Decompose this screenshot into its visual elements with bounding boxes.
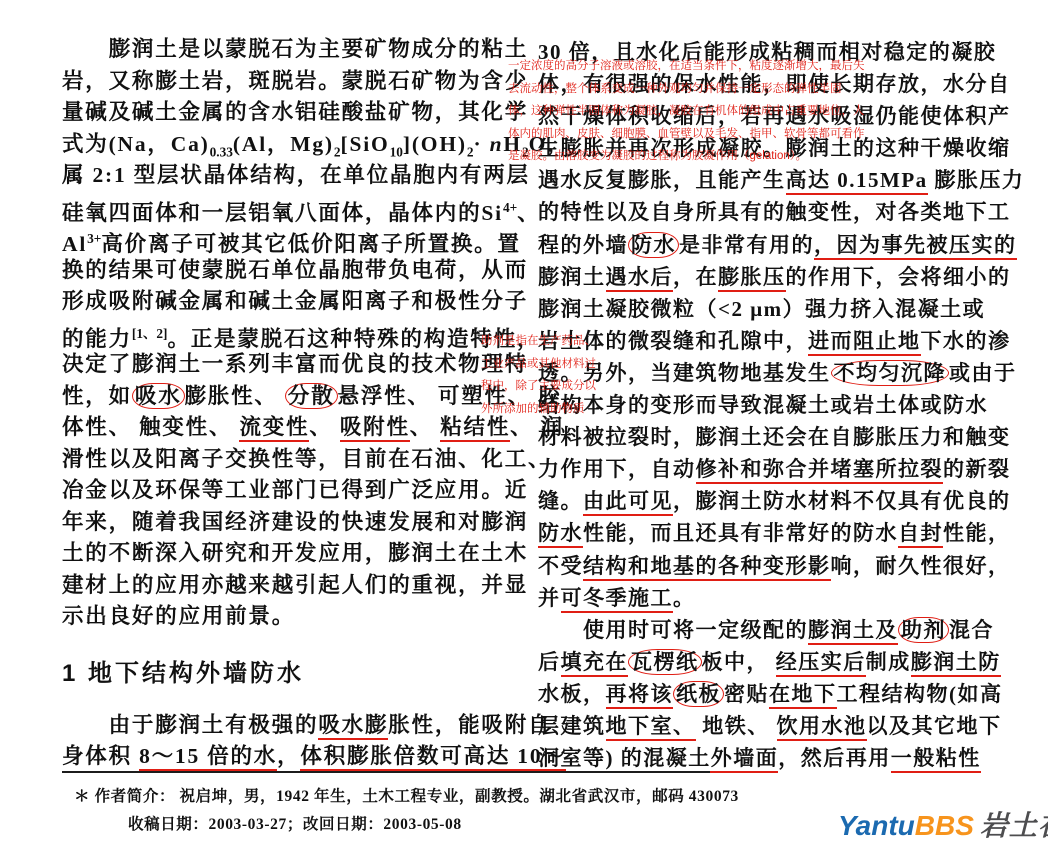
annotation-line: 工业产品或其他材料过 — [481, 353, 596, 376]
text-line: 结构本身的变形而导致混凝土或岩土体或防水 — [538, 389, 1014, 421]
text-segment: 吸水 — [132, 383, 185, 409]
text-segment: 建材上的应用亦越来越引起人们的重视，并显 — [62, 573, 528, 597]
text-line: 由于膨润土有极强的吸水膨胀性，能吸附自 — [62, 710, 534, 742]
text-segment: 修补和弥合并堵塞所拉裂 — [696, 457, 944, 484]
text-segment: 地下室、 — [606, 714, 696, 741]
text-segment: 遇水后 — [606, 265, 674, 292]
text-line: 遇水反复膨胀，且能产生高达 0.15MPa 膨胀压力 — [538, 164, 1014, 196]
text-segment: 力作用下，自动 — [538, 457, 696, 481]
text-segment: 体性、 触变性、 — [62, 415, 239, 439]
text-segment: 下水的渗 — [921, 329, 1011, 353]
text-segment: 膨润土 — [538, 265, 606, 289]
text-line: 膨润土凝胶微粒（<2 μm）强力挤入混凝土或 — [538, 293, 1014, 325]
text-segment: 自封 — [898, 521, 943, 548]
text-segment: 混凝土外墙面 — [643, 746, 778, 773]
text-segment: 示出良好的应用前景。 — [62, 604, 295, 628]
additive-definition-annotation: 助剂是指在生产药品、工业产品或其他材料过程中，除了主要成分以外所添加的辅助物质 — [481, 330, 596, 420]
dates-footnote: 收稿日期：2003-03-27；改回日期：2003-05-08 — [128, 812, 462, 834]
text-segment: 并 — [538, 586, 561, 610]
text-segment: 再将该 — [606, 682, 674, 709]
footnote-rule — [62, 771, 710, 773]
text-segment: 饮用水池 — [777, 714, 867, 741]
text-segment: 洞室等) 的 — [538, 746, 643, 770]
text-segment: 换的结果可使蒙脱石单位晶胞带负电荷，从而 — [62, 258, 528, 282]
annotation-line: 体，这种弹性半固体称为凝胶，凝胶在有机体的组成中占重要地位，人 — [508, 100, 865, 123]
text-line: 缝。由此可见，膨润土防水材料不仅具有优良的 — [538, 485, 1014, 517]
text-segment: 由此可见 — [583, 489, 673, 516]
text-segment: 的作用下，会将细小的 — [786, 265, 1011, 289]
text-segment: 防水 — [628, 232, 679, 258]
text-segment: 或由于 — [949, 361, 1017, 385]
text-segment: 吸附性 — [340, 415, 410, 442]
yantubbs-logo: YantuBBS岩土在线 — [838, 804, 1048, 844]
text-segment: 在地下 — [769, 682, 837, 709]
text-segment: 结构本身的变形而导致混凝土或岩土体或防水 — [538, 393, 988, 417]
text-segment: 膨胀压 — [718, 265, 786, 292]
text-segment: [1、2] — [132, 326, 168, 341]
text-segment: 硅氧四面体和一层铝氧八面体，晶体内的Si — [62, 201, 503, 225]
text-segment: 的能力 — [62, 327, 132, 351]
text-line: 岩土体的微裂缝和孔隙中，进而阻止地下水的渗 — [538, 325, 1014, 357]
text-segment: 填充在 — [561, 650, 629, 677]
text-line: 式为(Na，Ca)0.33(Al，Mg)2[SiO10](OH)2· nH2O， — [62, 129, 534, 161]
left-paragraph-2: 由于膨润土有极强的吸水膨胀性，能吸附自身体积 8～15 倍的水，体积膨胀倍数可高… — [62, 710, 534, 773]
annotation-line: 程中，除了主要成分以 — [481, 375, 596, 398]
text-segment: 进而阻止地 — [808, 329, 921, 356]
text-line: 属 2:1 型层状晶体结构，在单位晶胞内有两层 — [62, 160, 534, 192]
text-segment: 缝。 — [538, 489, 583, 513]
text-segment: ，因为事先被压实的 — [814, 233, 1017, 260]
logo-chinese-text: 岩土在线 — [980, 810, 1048, 841]
text-segment: 性能， — [943, 521, 1011, 545]
text-line: 形成吸附碱金属和碱土金属阳离子和极性分子 — [62, 286, 534, 318]
text-segment: 流变性 — [239, 415, 309, 442]
text-segment: ， — [277, 744, 300, 768]
text-line: 决定了膨润土一系列丰富而优良的技术物理特 — [62, 349, 534, 381]
text-segment: 膨润土防 — [911, 650, 1001, 677]
text-line: 建材上的应用亦越来越引起人们的重视，并显 — [62, 570, 534, 602]
text-line: 岩，又称膨土岩，斑脱岩。蒙脱石矿物为含少 — [62, 66, 534, 98]
annotation-line: 体内的肌肉、皮肤、细胞膜、血管壁以及毛发、指甲、软骨等都可看作 — [508, 123, 865, 146]
text-segment: 决定了膨润土一系列丰富而优良的技术物理特 — [62, 352, 528, 376]
text-segment: 。 — [673, 586, 696, 610]
annotation-line: 外所添加的辅助物质 — [481, 398, 596, 421]
gel-definition-annotation: 一定浓度的高分子溶液或溶胶，在适当条件下，粘度逐渐增大，最后失去流动性，整个体系… — [508, 55, 865, 168]
annotation-line: 是凝胶。由溶胶变为凝胶的过程称为胶凝作用（gelation）。 — [508, 145, 865, 168]
text-segment: 高价离子可被其它低价阳离子所置换。置 — [101, 232, 520, 256]
text-line: 滑性以及阳离子交换性等，目前在石油、化工、 — [62, 444, 534, 476]
text-line: 膨润土遇水后，在膨胀压的作用下，会将细小的 — [538, 261, 1014, 293]
text-segment: 性能，而且还具有非常好的防水 — [583, 521, 898, 545]
text-segment: 膨润土凝胶微粒（<2 μm）强力挤入混凝土或 — [538, 297, 985, 321]
text-line: 并可冬季施工。 — [538, 582, 1014, 614]
text-segment: ，膨润土防水材料不仅具有优良的 — [673, 489, 1011, 513]
text-segment: 结构和地基的各种变形影 — [583, 554, 831, 581]
text-segment: 岩，又称膨土岩，斑脱岩。蒙脱石矿物为含少 — [62, 69, 528, 93]
text-segment: 响，耐久性很好， — [831, 554, 1011, 578]
text-segment: 的特性以及自身所具有的触变性，对各类地下工 — [538, 200, 1011, 224]
text-line: 不受结构和地基的各种变形影响，耐久性很好， — [538, 550, 1014, 582]
text-segment: 一般粘性 — [891, 746, 981, 773]
text-segment: 工程结构物(如高 — [837, 682, 1003, 706]
text-segment: 层建筑 — [538, 714, 606, 738]
text-line: 力作用下，自动修补和弥合并堵塞所拉裂的新裂 — [538, 453, 1014, 485]
text-segment: 瓦楞纸 — [628, 649, 702, 675]
text-segment: 由于膨润土有极强的 — [62, 713, 318, 737]
text-segment: 滑性以及阳离子交换性等，目前在石油、化工、 — [62, 447, 551, 471]
text-segment: ](OH) — [403, 132, 467, 156]
text-segment: 分散 — [285, 383, 338, 409]
text-line: 的特性以及自身所具有的触变性，对各类地下工 — [538, 196, 1014, 228]
text-line: 示出良好的应用前景。 — [62, 601, 534, 633]
text-segment: 膨胀压力 — [928, 168, 1025, 192]
text-segment: 3+ — [87, 231, 101, 246]
text-segment: 程的外墙 — [538, 233, 628, 257]
text-segment: 不受 — [538, 554, 583, 578]
text-line: Al3+高价离子可被其它低价阳离子所置换。置 — [62, 223, 534, 255]
text-line: 层建筑地下室、 地铁、 饮用水池以及其它地下 — [538, 710, 1014, 742]
text-segment: 性，如 — [62, 384, 132, 408]
text-segment: 可冬季施工 — [561, 586, 674, 613]
text-segment: 材料被拉裂时，膨润土还会在自膨胀压力和触变 — [538, 425, 1011, 449]
text-line: 换的结果可使蒙脱石单位晶胞带负电荷，从而 — [62, 255, 534, 287]
text-segment: 高达 0.15MPa — [786, 168, 928, 195]
text-segment: 纸板 — [673, 681, 724, 707]
text-segment: 冶金以及环保等工业部门已得到广泛应用。近 — [62, 478, 528, 502]
text-line: 透。另外，当建筑物地基发生不均匀沉降或由于 — [538, 357, 1014, 389]
text-segment: 10 — [390, 144, 403, 159]
text-segment: 胀性，能吸附自 — [388, 713, 551, 737]
text-segment: 4+ — [503, 200, 517, 215]
text-segment: 制成 — [866, 650, 911, 674]
document-page: 膨润土是以蒙脱石为主要矿物成分的粘土岩，又称膨土岩，斑脱岩。蒙脱石矿物为含少量碱… — [0, 0, 1048, 856]
text-segment: 以及其它地下 — [867, 714, 1002, 738]
text-segment: 板中， — [702, 650, 776, 674]
text-segment: 、 — [410, 415, 440, 439]
text-line: 年来，随着我国经济建设的快速发展和对膨润 — [62, 507, 534, 539]
section-heading: 1 地下结构外墙防水 — [62, 653, 534, 688]
text-line: 量碱及碱土金属的含水铝硅酸盐矿物，其化学 — [62, 97, 534, 129]
text-segment: 年来，随着我国经济建设的快速发展和对膨润 — [62, 510, 528, 534]
text-segment: 体积膨胀倍数可高达 10～ — [300, 744, 565, 771]
text-segment: 后 — [538, 650, 561, 674]
text-segment: 2 — [467, 144, 474, 159]
logo-bbs-text: BBS — [915, 810, 974, 841]
text-segment: 经压实后 — [776, 650, 866, 677]
text-segment: 、 — [309, 415, 339, 439]
text-segment: 水板， — [538, 682, 606, 706]
left-paragraph-block: 膨润土是以蒙脱石为主要矿物成分的粘土岩，又称膨土岩，斑脱岩。蒙脱石矿物为含少量碱… — [62, 34, 534, 633]
annotation-line: 助剂是指在生产药品、 — [481, 330, 596, 353]
text-segment: 8～15 倍的水 — [139, 744, 277, 771]
text-segment: 吸水膨 — [318, 713, 388, 740]
text-segment: 形成吸附碱金属和碱土金属阳离子和极性分子 — [62, 289, 528, 313]
text-line: 冶金以及环保等工业部门已得到广泛应用。近 — [62, 475, 534, 507]
text-segment: ，然后再用 — [778, 746, 891, 770]
text-segment: (Al，Mg) — [233, 132, 334, 156]
author-footnote: ＊ 作者简介： 祝启坤，男，1942 年生，土木工程专业，副教授。湖北省武汉市，… — [74, 784, 739, 806]
text-segment: 使用时可将一定级配的 — [538, 618, 808, 642]
text-line: 膨润土是以蒙脱石为主要矿物成分的粘土 — [62, 34, 534, 66]
left-column: 膨润土是以蒙脱石为主要矿物成分的粘土岩，又称膨土岩，斑脱岩。蒙脱石矿物为含少量碱… — [62, 34, 534, 773]
text-segment: · — [474, 132, 490, 156]
text-line: 的能力[1、2]。正是蒙脱石这种特殊的构造特性， — [62, 318, 534, 350]
text-segment: [SiO — [341, 132, 390, 156]
text-segment: 是非常有用的 — [679, 233, 814, 257]
text-line: 后填充在瓦楞纸板中， 经压实后制成膨润土防 — [538, 646, 1014, 678]
annotation-line: 一定浓度的高分子溶液或溶胶，在适当条件下，粘度逐渐增大，最后失 — [508, 55, 865, 78]
text-segment: 0.33 — [210, 144, 233, 159]
text-line: 身体积 8～15 倍的水，体积膨胀倍数可高达 10～ — [62, 741, 534, 773]
text-segment: 身体积 — [62, 744, 139, 768]
text-segment: Al — [62, 232, 87, 256]
text-segment: ，在 — [673, 265, 718, 289]
text-segment: 遇水反复膨胀，且能产生 — [538, 168, 786, 192]
text-line: 使用时可将一定级配的膨润土及助剂混合 — [538, 614, 1014, 646]
text-segment: 量碱及碱土金属的含水铝硅酸盐矿物，其化学 — [62, 100, 528, 124]
text-segment: 式为(Na，Ca) — [62, 132, 210, 156]
annotation-line: 去流动性，整个体系变成一种外观均匀并保持一定形态的弹性半固 — [508, 78, 865, 101]
text-segment: 混合 — [949, 618, 994, 642]
text-line: 洞室等) 的混凝土外墙面，然后再用一般粘性 — [538, 742, 1014, 774]
text-line: 硅氧四面体和一层铝氧八面体，晶体内的Si4+、 — [62, 192, 534, 224]
text-segment: 膨润土是以蒙脱石为主要矿物成分的粘土 — [62, 37, 528, 61]
text-segment: 助剂 — [898, 617, 949, 643]
text-line: 体性、 触变性、 流变性、 吸附性、 粘结性、 润 — [62, 412, 534, 444]
text-segment: 2 — [334, 144, 341, 159]
logo-yantu-text: Yantu — [838, 810, 915, 841]
text-segment: 密贴 — [724, 682, 769, 706]
text-segment: 膨润土及 — [808, 618, 898, 645]
text-segment: 不均匀沉降 — [831, 360, 950, 386]
text-line: 材料被拉裂时，膨润土还会在自膨胀压力和触变 — [538, 421, 1014, 453]
text-segment: 的新裂 — [943, 457, 1011, 481]
text-line: 土的不断深入研究和开发应用，膨润土在土木 — [62, 538, 534, 570]
text-segment: n — [490, 132, 504, 156]
text-line: 防水性能，而且还具有非常好的防水自封性能， — [538, 517, 1014, 549]
text-line: 性，如吸水膨胀性、 分散悬浮性、 可塑性、 胶 — [62, 381, 534, 413]
text-segment: 土的不断深入研究和开发应用，膨润土在土木 — [62, 541, 528, 565]
text-line: 水板，再将该纸板密贴在地下工程结构物(如高 — [538, 678, 1014, 710]
text-segment: 地铁、 — [696, 714, 777, 738]
text-segment: 防水 — [538, 521, 583, 548]
text-segment: 属 2:1 型层状晶体结构，在单位晶胞内有两层 — [62, 163, 530, 187]
text-segment: 膨胀性、 — [185, 384, 285, 408]
text-line: 程的外墙防水是非常有用的，因为事先被压实的 — [538, 229, 1014, 261]
